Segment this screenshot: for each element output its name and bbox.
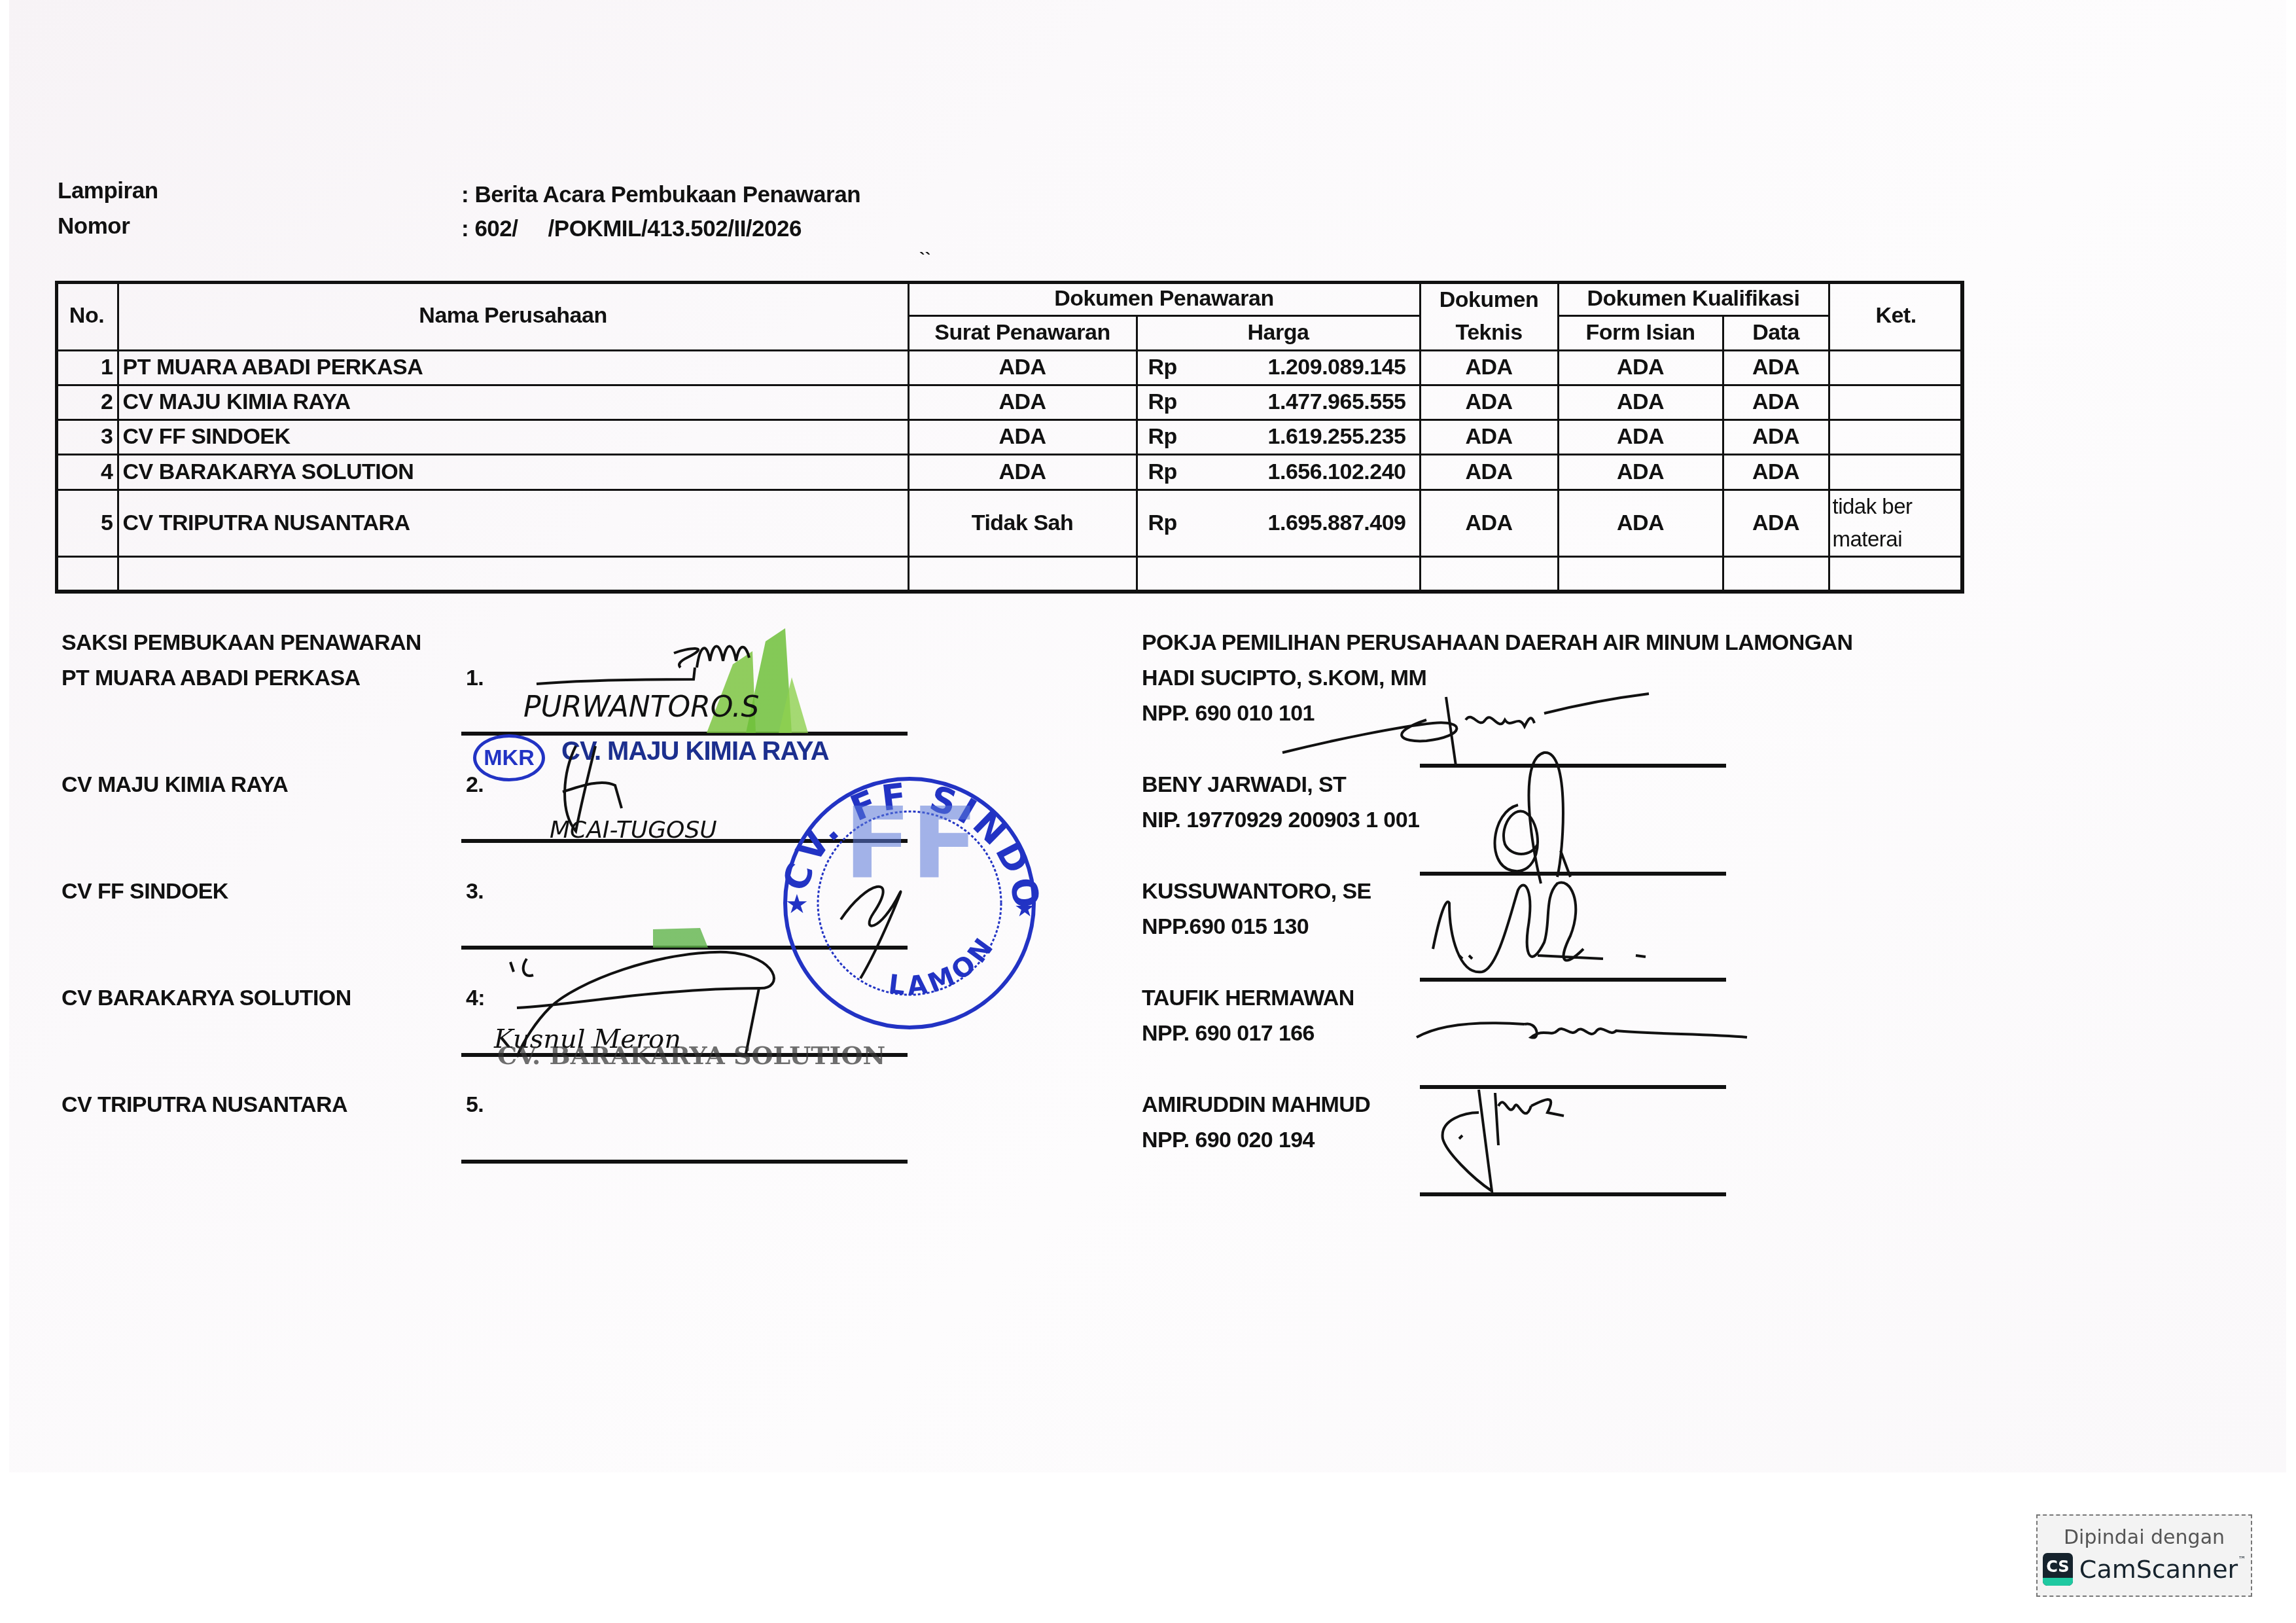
signature-kussuwantoro: [1420, 877, 1714, 995]
row-harga: Rp1.695.887.409: [1136, 489, 1421, 558]
witness-number: 2.: [466, 772, 484, 798]
row-surat-penawaran: Tidak Sah: [908, 489, 1138, 558]
row-number: 5: [55, 489, 119, 558]
row-dokumen-teknis: [1419, 556, 1559, 594]
svg-text:★: ★: [785, 890, 809, 919]
nomor-label: Nomor: [58, 213, 130, 240]
row-company-name: [117, 556, 910, 594]
row-data: ADA: [1722, 349, 1830, 386]
header-surat-penawaran: Surat Penawaran: [908, 315, 1138, 351]
row-harga-value: 1.695.887.409: [1268, 510, 1406, 536]
row-harga-value: 1.619.255.235: [1268, 424, 1406, 450]
row-ket: [1828, 419, 1964, 455]
header-dokumen-penawaran: Dokumen Penawaran: [908, 281, 1421, 317]
row-data: ADA: [1722, 384, 1830, 421]
row-surat-penawaran: ADA: [908, 384, 1138, 421]
row-currency: Rp: [1148, 389, 1177, 415]
header-no: No.: [55, 281, 119, 351]
header-dokumen-teknis-line1: Dokumen: [1439, 283, 1538, 316]
witness-company: CV TRIPUTRA NUSANTARA: [62, 1092, 347, 1118]
row-harga-value: 1.656.102.240: [1268, 459, 1406, 485]
pokja-member-id: NPP. 690 017 166: [1142, 1021, 1315, 1046]
row-harga: Rp1.477.965.555: [1136, 384, 1421, 421]
row-dokumen-teknis: ADA: [1419, 419, 1559, 455]
row-ket: [1828, 384, 1964, 421]
pokja-member-name: TAUFIK HERMAWAN: [1142, 986, 1354, 1011]
row-company-name: CV TRIPUTRA NUSANTARA: [117, 489, 910, 558]
pokja-member-id: NIP. 19770929 200903 1 001: [1142, 808, 1419, 833]
row-surat-penawaran: ADA: [908, 349, 1138, 386]
header-nama-perusahaan: Nama Perusahaan: [117, 281, 910, 351]
offer-opening-table: No.Nama PerusahaanDokumen PenawaranSurat…: [56, 281, 1963, 592]
header-dokumen-teknis: DokumenTeknis: [1419, 281, 1559, 351]
row-ket: [1828, 556, 1964, 594]
row-dokumen-teknis: ADA: [1419, 349, 1559, 386]
witness-company: CV BARAKARYA SOLUTION: [62, 986, 351, 1011]
row-form-isian: ADA: [1557, 419, 1724, 455]
signature-taufik-hermawan: [1413, 1011, 1754, 1057]
witness-number: 1.: [466, 666, 484, 691]
row-ket: tidak ber materai: [1828, 489, 1964, 558]
camscanner-caption: Dipindai dengan: [2064, 1526, 2225, 1549]
header-form-isian: Form Isian: [1557, 315, 1724, 351]
scanned-page: [9, 0, 2286, 1472]
row-data: ADA: [1722, 489, 1830, 558]
row-number: 1: [55, 349, 119, 386]
camscanner-brand: CamScanner: [2079, 1555, 2238, 1584]
witness-company: PT MUARA ABADI PERKASA: [62, 666, 361, 691]
pokja-member-id: NPP.690 015 130: [1142, 914, 1309, 940]
svg-text:MCAI-TUGOSU: MCAI-TUGOSU: [550, 817, 717, 844]
row-harga-value: 1.477.965.555: [1268, 389, 1406, 415]
row-harga: Rp1.656.102.240: [1136, 454, 1421, 491]
row-harga: Rp1.209.089.145: [1136, 349, 1421, 386]
row-data: ADA: [1722, 419, 1830, 455]
row-ket: [1828, 454, 1964, 491]
row-number: 2: [55, 384, 119, 421]
row-company-name: PT MUARA ABADI PERKASA: [117, 349, 910, 386]
header-dokumen-kualifikasi: Dokumen Kualifikasi: [1557, 281, 1830, 317]
row-ket: [1828, 349, 1964, 386]
header-harga: Harga: [1136, 315, 1421, 351]
row-number: 3: [55, 419, 119, 455]
lampiran-value: : Berita Acara Pembukaan Penawaran: [461, 182, 860, 208]
row-currency: Rp: [1148, 355, 1177, 380]
row-surat-penawaran: ADA: [908, 454, 1138, 491]
signature-witness-1: PURWANTORO.S: [523, 641, 838, 720]
row-number: 4: [55, 454, 119, 491]
row-dokumen-teknis: ADA: [1419, 454, 1559, 491]
row-data: [1722, 556, 1830, 594]
witness-number: 4:: [466, 986, 485, 1011]
row-surat-penawaran: [908, 556, 1138, 594]
svg-text:PURWANTORO.S: PURWANTORO.S: [523, 690, 760, 724]
camscanner-watermark: Dipindai dengan CS CamScanner™: [2036, 1514, 2252, 1597]
row-number: [55, 556, 119, 594]
row-form-isian: ADA: [1557, 349, 1724, 386]
row-form-isian: ADA: [1557, 489, 1724, 558]
mkr-logo-stamp: MKR: [473, 734, 545, 781]
row-harga: [1136, 556, 1421, 594]
row-harga: Rp1.619.255.235: [1136, 419, 1421, 455]
row-company-name: CV FF SINDOEK: [117, 419, 910, 455]
witness-signature-line: [461, 1160, 908, 1164]
row-company-name: CV BARAKARYA SOLUTION: [117, 454, 910, 491]
row-form-isian: [1557, 556, 1724, 594]
row-form-isian: ADA: [1557, 454, 1724, 491]
pokja-member-id: NPP. 690 020 194: [1142, 1128, 1315, 1153]
header-data: Data: [1722, 315, 1830, 351]
row-form-isian: ADA: [1557, 384, 1724, 421]
pokja-member-name: KUSSUWANTORO, SE: [1142, 879, 1371, 904]
row-surat-penawaran: ADA: [908, 419, 1138, 455]
signature-witness-2: MCAI-TUGOSU: [537, 733, 746, 844]
lampiran-label: Lampiran: [58, 178, 158, 204]
witness-number: 3.: [466, 879, 484, 904]
row-data: ADA: [1722, 454, 1830, 491]
signature-beny-jarwadi: [1479, 746, 1610, 890]
witness-title: SAKSI PEMBUKAAN PENAWARAN: [62, 630, 421, 656]
header-ket: Ket.: [1828, 281, 1964, 351]
row-dokumen-teknis: ADA: [1419, 489, 1559, 558]
row-currency: Rp: [1148, 510, 1177, 536]
stray-mark: ``: [919, 249, 930, 269]
witness-company: CV FF SINDOEK: [62, 879, 228, 904]
barakarya-stamp-text: CV. BARAKARYA SOLUTION: [497, 1041, 885, 1070]
svg-text:★: ★: [1014, 895, 1035, 921]
pokja-member-name: AMIRUDDIN MAHMUD: [1142, 1092, 1370, 1118]
witness-number: 5.: [466, 1092, 484, 1118]
signature-amiruddin-mahmud: [1433, 1086, 1603, 1198]
row-harga-value: 1.209.089.145: [1268, 355, 1406, 380]
row-currency: Rp: [1148, 424, 1177, 450]
witness-company: CV MAJU KIMIA RAYA: [62, 772, 288, 798]
header-dokumen-teknis-line2: Teknis: [1455, 316, 1522, 349]
nomor-value: : 602/ /POKMIL/413.502/II/2026: [461, 216, 802, 242]
pokja-member-name: HADI SUCIPTO, S.KOM, MM: [1142, 666, 1426, 691]
svg-text:FF: FF: [844, 787, 978, 901]
row-company-name: CV MAJU KIMIA RAYA: [117, 384, 910, 421]
pokja-title: POKJA PEMILIHAN PERUSAHAAN DAERAH AIR MI…: [1142, 630, 1852, 656]
camscanner-logo-icon: CS: [2043, 1553, 2073, 1586]
row-dokumen-teknis: ADA: [1419, 384, 1559, 421]
row-currency: Rp: [1148, 459, 1177, 485]
